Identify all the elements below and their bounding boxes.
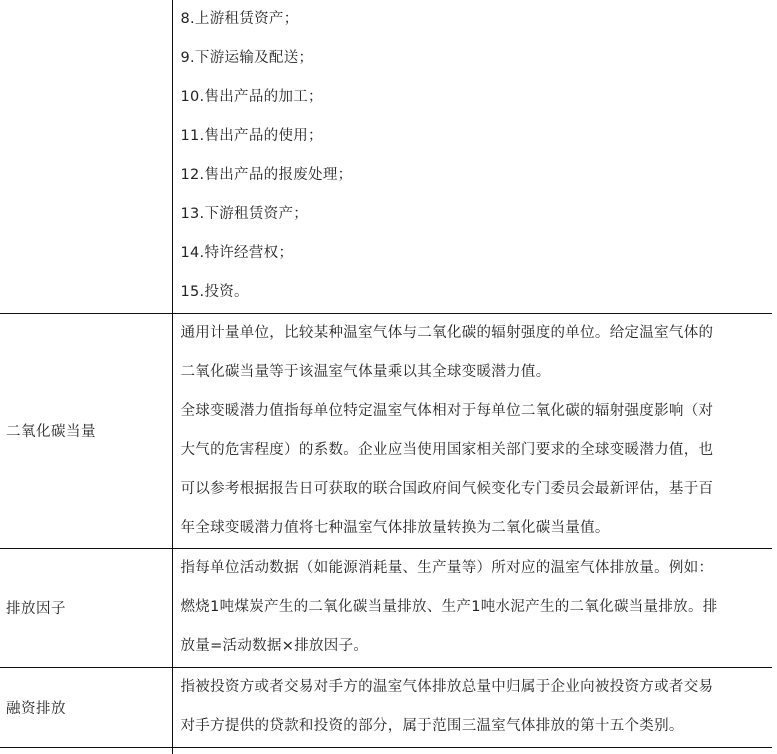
definition-line: 放量=活动数据×排放因子。 bbox=[181, 627, 769, 666]
table-row-financed-emissions: 融资排放 指被投资方或者交易对手方的温室气体排放总量中归属于企业向被投资方或者交… bbox=[0, 667, 772, 747]
list-item: 11.售出产品的使用； bbox=[181, 117, 769, 156]
definition-line: 指每单位活动数据（如能源消耗量、生产量等）所对应的温室气体排放量。例如： bbox=[181, 549, 769, 588]
term-cell: 排放因子 bbox=[0, 548, 172, 667]
term-cell bbox=[0, 0, 172, 313]
definition-cell bbox=[172, 747, 772, 754]
definition-cell: 指被投资方或者交易对手方的温室气体排放总量中归属于企业向被投资方或者交易 对手方… bbox=[172, 667, 772, 747]
term-cell: 二氧化碳当量 bbox=[0, 313, 172, 548]
definition-line: 年全球变暖潜力值将七种温室气体排放量转换为二氧化碳当量值。 bbox=[181, 509, 769, 548]
definition-line: 可以参考根据报告日可获取的联合国政府间气候变化专门委员会最新评估，基于百 bbox=[181, 470, 769, 509]
definition-line: 通用计量单位，比较某种温室气体与二氧化碳的辐射强度的单位。给定温室气体的 bbox=[181, 314, 769, 353]
definition-line: 大气的危害程度）的系数。企业应当使用国家相关部门要求的全球变暖潜力值，也 bbox=[181, 431, 769, 470]
definitions-table: 8.上游租赁资产； 9.下游运输及配送； 10.售出产品的加工； 11.售出产品… bbox=[0, 0, 772, 754]
table-row-scope3-categories: 8.上游租赁资产； 9.下游运输及配送； 10.售出产品的加工； 11.售出产品… bbox=[0, 0, 772, 313]
list-item: 9.下游运输及配送； bbox=[181, 39, 769, 78]
list-item: 8.上游租赁资产； bbox=[181, 0, 769, 39]
definition-cell: 8.上游租赁资产； 9.下游运输及配送； 10.售出产品的加工； 11.售出产品… bbox=[172, 0, 772, 313]
list-item: 12.售出产品的报废处理； bbox=[181, 156, 769, 195]
definition-line: 二氧化碳当量等于该温室气体量乘以其全球变暖潜力值。 bbox=[181, 353, 769, 392]
definition-line: 指被投资方或者交易对手方的温室气体排放总量中归属于企业向被投资方或者交易 bbox=[181, 668, 769, 707]
definition-cell: 指每单位活动数据（如能源消耗量、生产量等）所对应的温室气体排放量。例如： 燃烧1… bbox=[172, 548, 772, 667]
definition-line: 对手方提供的贷款和投资的部分，属于范围三温室气体排放的第十五个类别。 bbox=[181, 707, 769, 746]
term-cell bbox=[0, 747, 172, 754]
list-item: 13.下游租赁资产； bbox=[181, 195, 769, 234]
term-cell: 融资排放 bbox=[0, 667, 172, 747]
table-row-emission-factor: 排放因子 指每单位活动数据（如能源消耗量、生产量等）所对应的温室气体排放量。例如… bbox=[0, 548, 772, 667]
definition-cell: 通用计量单位，比较某种温室气体与二氧化碳的辐射强度的单位。给定温室气体的 二氧化… bbox=[172, 313, 772, 548]
table-row-co2-equivalent: 二氧化碳当量 通用计量单位，比较某种温室气体与二氧化碳的辐射强度的单位。给定温室… bbox=[0, 313, 772, 548]
table-row-cutoff bbox=[0, 747, 772, 754]
definition-line: 全球变暖潜力值指每单位特定温室气体相对于每单位二氧化碳的辐射强度影响（对 bbox=[181, 392, 769, 431]
list-item: 15.投资。 bbox=[181, 273, 769, 312]
list-item: 10.售出产品的加工； bbox=[181, 78, 769, 117]
list-item: 14.特许经营权； bbox=[181, 234, 769, 273]
definition-line: 燃烧1吨煤炭产生的二氧化碳当量排放、生产1吨水泥产生的二氧化碳当量排放。排 bbox=[181, 588, 769, 627]
